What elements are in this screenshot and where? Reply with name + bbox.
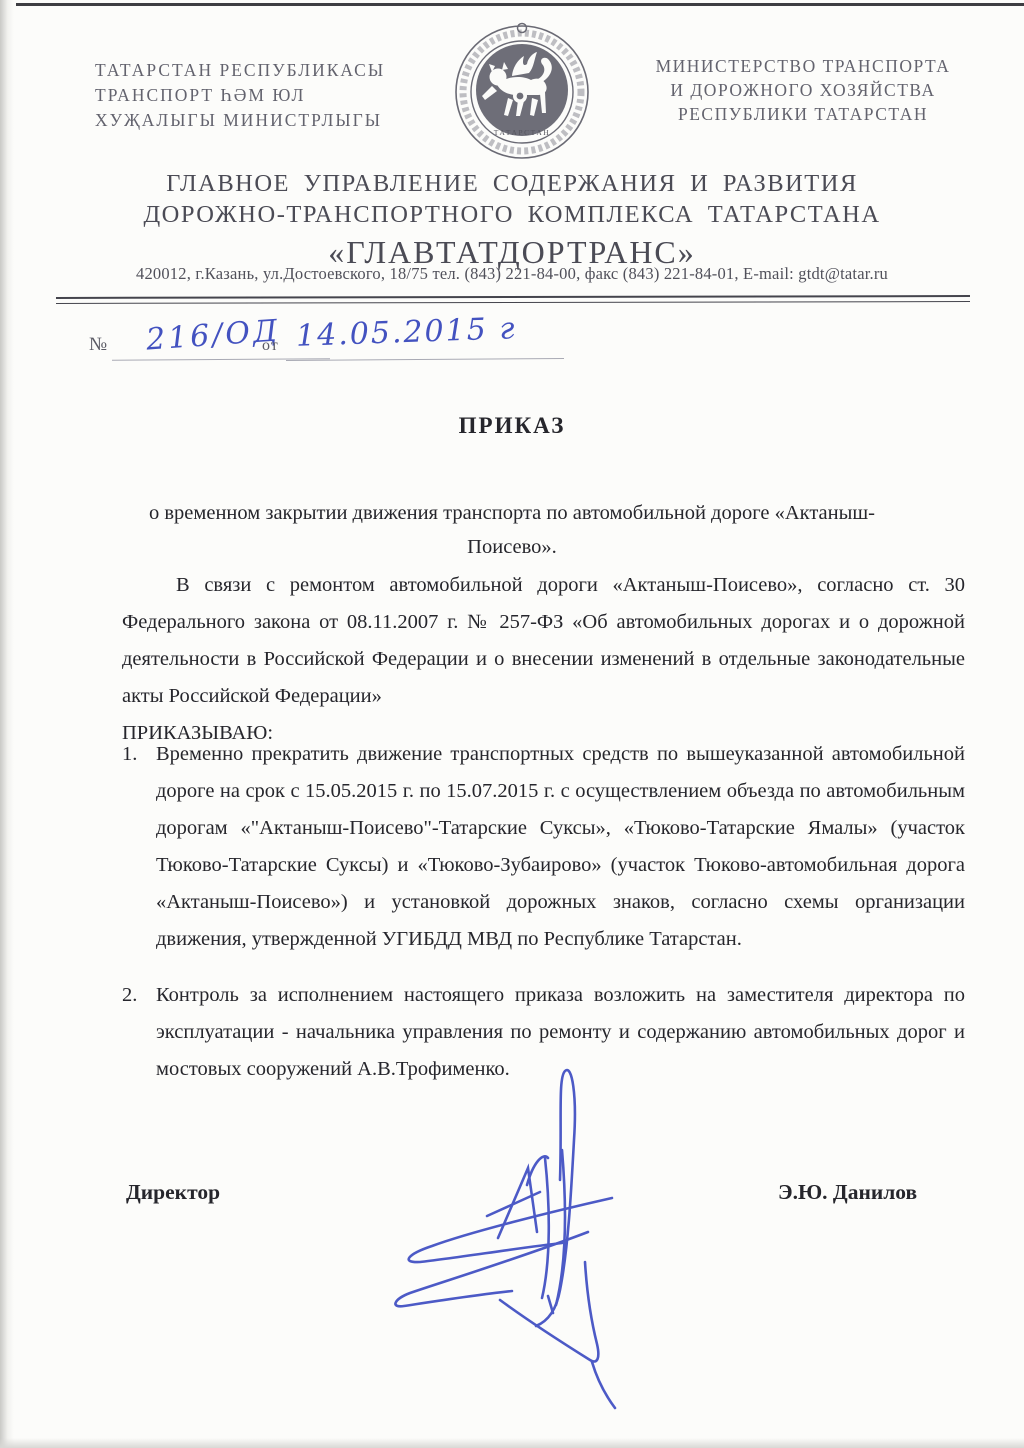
document-date-label: от: [262, 337, 279, 355]
order-item-text: Временно прекратить движение транспортны…: [156, 736, 965, 958]
letterhead-tatar-line: ХУҖАЛЫГЫ МИНИСТРЛЫГЫ: [95, 108, 435, 133]
letterhead-tatar-line: ТАТАРСТАН РЕСПУБЛИКАСЫ: [95, 58, 435, 83]
director-signature-ink: [385, 1062, 635, 1417]
letterhead-tatar-line: ТРАНСПОРТ ҺӘМ ЮЛ: [95, 83, 435, 108]
letterhead-russian-line: И ДОРОЖНОГО ХОЗЯЙСТВА: [628, 78, 978, 102]
order-subject: о временном закрытии движения транспорта…: [112, 496, 912, 564]
order-items-list: 1. Временно прекратить движение транспор…: [122, 736, 965, 1107]
letterhead-russian-name: МИНИСТЕРСТВО ТРАНСПОРТА И ДОРОЖНОГО ХОЗЯ…: [628, 54, 978, 126]
letterhead-russian-line: РЕСПУБЛИКИ ТАТАРСТАН: [628, 102, 978, 126]
letterhead-divider: [56, 295, 970, 304]
document-number-handwritten: 216/ОД: [145, 313, 281, 357]
signer-name: Э.Ю. Данилов: [778, 1180, 917, 1205]
emblem-ring-text: ТАТАРСТАН: [494, 128, 550, 137]
organization-block: ГЛАВНОЕ УПРАВЛЕНИЕ СОДЕРЖАНИЯ И РАЗВИТИЯ…: [0, 168, 1024, 272]
document-page: ТАТАРСТАН РЕСПУБЛИКАСЫ ТРАНСПОРТ ҺӘМ ЮЛ …: [0, 0, 1024, 1448]
document-date-handwritten: 14.05.2015 г: [295, 311, 517, 354]
order-item-1: 1. Временно прекратить движение транспор…: [122, 736, 965, 958]
letterhead-tatar-name: ТАТАРСТАН РЕСПУБЛИКАСЫ ТРАНСПОРТ ҺӘМ ЮЛ …: [95, 58, 435, 133]
signer-role: Директор: [126, 1180, 220, 1205]
scan-edge-top: [16, 3, 1024, 6]
order-item-number: 1.: [122, 736, 156, 958]
order-body: В связи с ремонтом автомобильной дороги …: [122, 567, 965, 752]
organization-line1: ГЛАВНОЕ УПРАВЛЕНИЕ СОДЕРЖАНИЯ И РАЗВИТИЯ: [0, 168, 1024, 199]
scan-edge-bottom: [0, 1438, 1024, 1448]
organization-line2: ДОРОЖНО-ТРАНСПОРТНОГО КОМПЛЕКСА ТАТАРСТА…: [0, 199, 1024, 230]
order-title: ПРИКАЗ: [0, 413, 1024, 439]
order-item-number: 2.: [122, 977, 156, 1088]
document-number-label: №: [89, 334, 107, 356]
tatarstan-emblem-icon: ТАТАРСТАН: [452, 20, 592, 164]
letterhead-russian-line: МИНИСТЕРСТВО ТРАНСПОРТА: [628, 54, 978, 78]
order-intro-paragraph: В связи с ремонтом автомобильной дороги …: [122, 567, 965, 715]
organization-address: 420012, г.Казань, ул.Достоевского, 18/75…: [0, 264, 1024, 284]
